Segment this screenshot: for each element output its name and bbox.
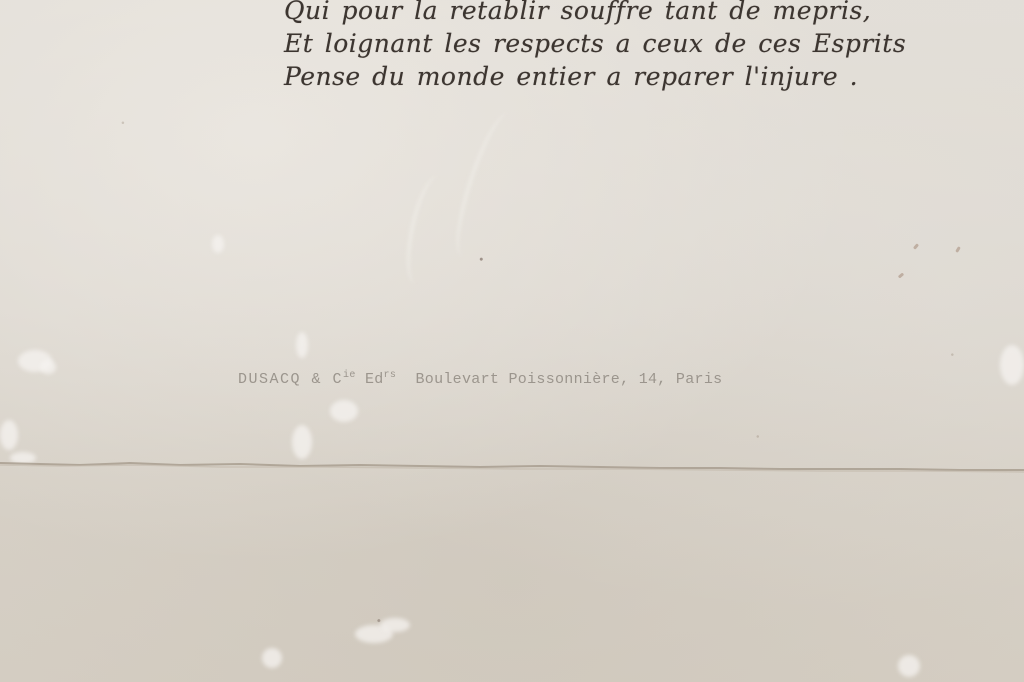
publisher-role: Ed: [365, 371, 384, 388]
abrasion-spot: [292, 425, 312, 459]
abrasion-spot: [330, 400, 358, 422]
abrasion-spot: [0, 420, 18, 450]
publisher-name: DUSACQ & C: [238, 371, 343, 388]
verse-line-2: Et loignant les respects a ceux de ces E…: [284, 27, 1004, 60]
abrasion-spot: [898, 655, 920, 677]
paper-foxing: [0, 0, 1024, 682]
publisher-imprint: DUSACQ & Cie Edrs Boulevart Poissonnière…: [238, 371, 722, 388]
verse-line-1: Qui pour la retablir souffre tant de mep…: [284, 0, 1004, 27]
abrasion-spot: [296, 332, 308, 358]
abrasion-spot: [40, 360, 56, 374]
publisher-name-superscript: ie: [343, 370, 356, 381]
verse-line-3: Pense du monde entier a reparer l'injure…: [284, 60, 1004, 93]
abrasion-spot: [212, 235, 224, 253]
verse-block: Qui pour la retablir souffre tant de mep…: [284, 0, 1004, 93]
fold-crease: [0, 460, 1024, 474]
publisher-address: Boulevart Poissonnière, 14, Paris: [415, 371, 722, 388]
publisher-role-superscript: rs: [384, 370, 397, 381]
abrasion-spot: [1000, 345, 1024, 385]
abrasion-spot: [380, 618, 410, 632]
abrasion-spot: [262, 648, 282, 668]
